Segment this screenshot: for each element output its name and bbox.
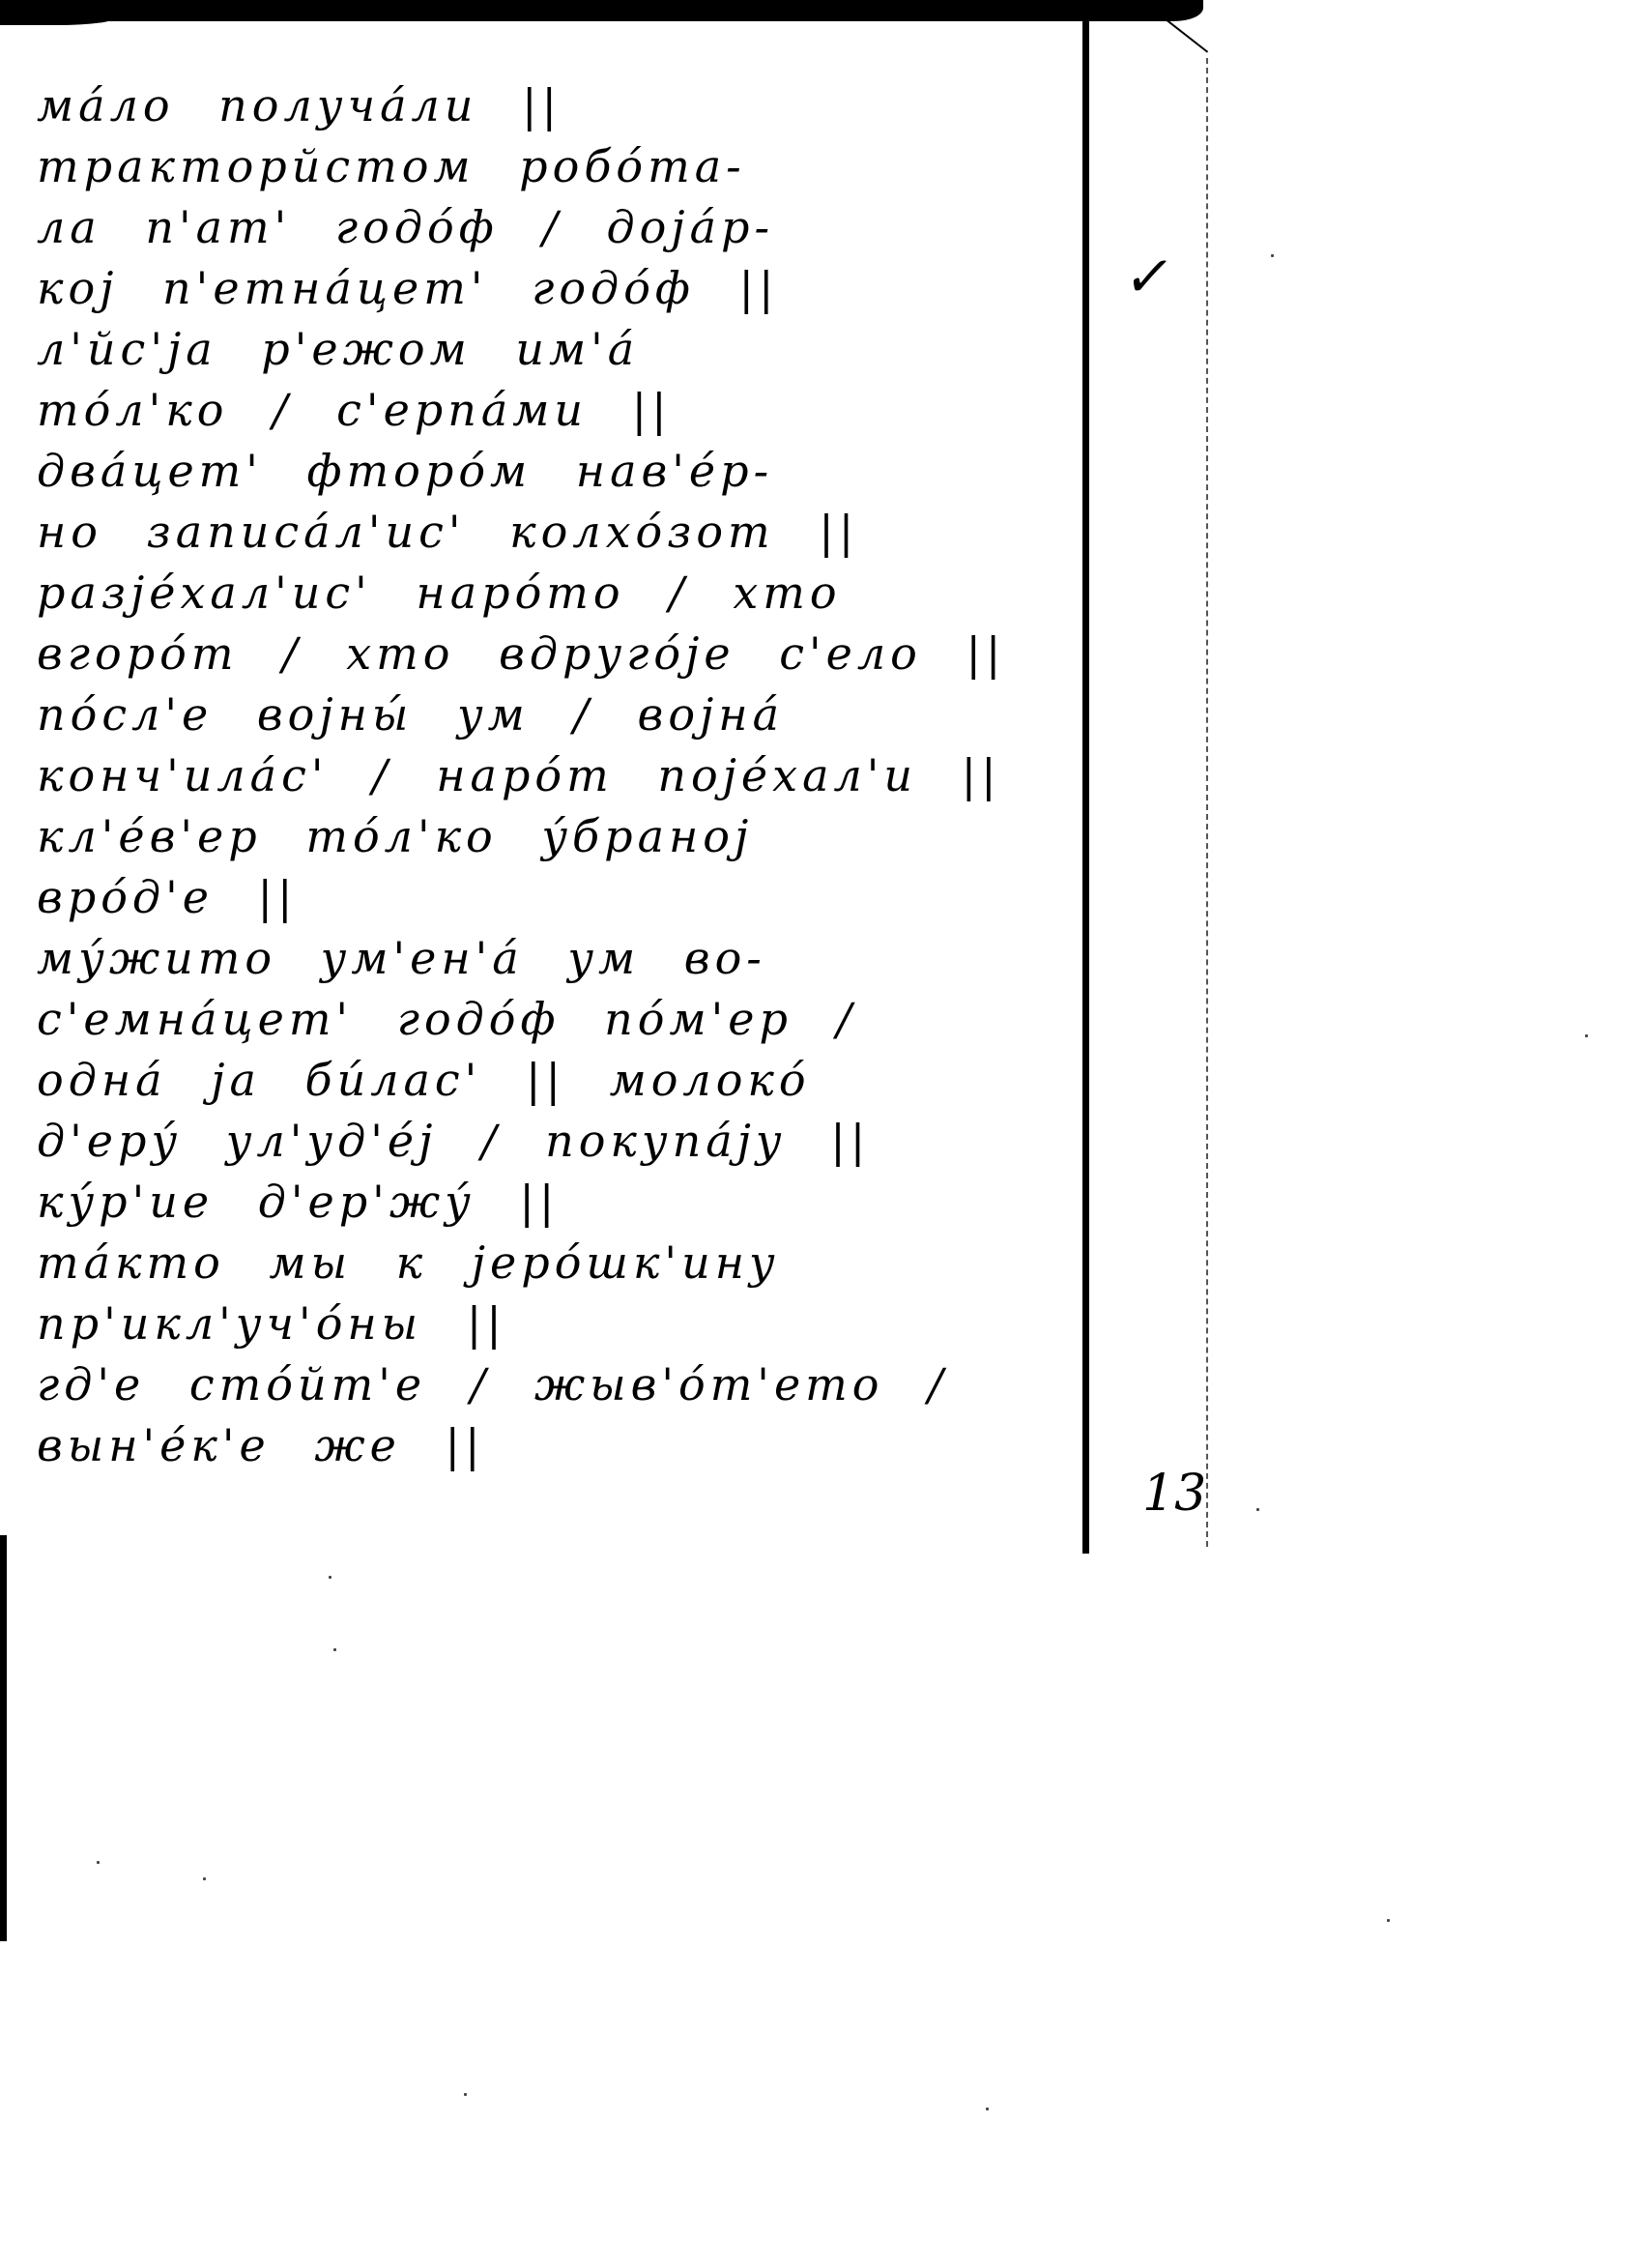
text-line: тракторйстом робо́та-: [37, 136, 1090, 197]
text-line: два́цет' фторо́м нав'е́р-: [37, 441, 1090, 502]
text-line: с'емна́цет' годо́ф по́м'ер /: [37, 989, 1090, 1050]
text-line: вгоро́т / хто вдруго́је с'ело ||: [37, 624, 1090, 684]
text-line: вын'е́к'е же ||: [37, 1415, 1090, 1476]
handwritten-text: ма́ло получа́ли || тракторйстом робо́та-…: [37, 75, 1090, 1476]
text-line: л'йс'ја р'ежом им'а́: [37, 319, 1090, 380]
scan-speck: [1271, 254, 1274, 257]
text-line: д'еру́ ул'уд'е́ј / покупа́ју ||: [37, 1111, 1090, 1172]
scan-speck: [986, 2108, 989, 2110]
scan-speck: [464, 2093, 467, 2096]
text-line: гд'е сто́йт'е / жыв'о́т'ето /: [37, 1354, 1090, 1415]
scan-speck: [1585, 1034, 1588, 1037]
left-edge-shadow: [0, 1535, 7, 1941]
text-line: му́жито ум'ен'а́ ум во-: [37, 928, 1090, 989]
text-line: ла п'ат' годо́ф / доја́р-: [37, 197, 1090, 258]
scan-speck: [1387, 1919, 1390, 1922]
text-line: пр'икл'уч'о́ны ||: [37, 1294, 1090, 1354]
top-edge-shadow: [0, 0, 1203, 21]
text-line: ку́р'ие д'ер'жу́ ||: [37, 1172, 1090, 1233]
page-number: 13: [1142, 1465, 1206, 1523]
scan-speck: [1256, 1508, 1259, 1511]
scan-speck: [329, 1576, 331, 1579]
text-line: кл'е́в'ер то́л'ко у́браној: [37, 806, 1090, 867]
text-line: одна́ ја би́лас' || молоко́: [37, 1050, 1090, 1111]
text-line: конч'ила́с' / наро́т поје́хал'и ||: [37, 745, 1090, 806]
scanned-page: ма́ло получа́ли || тракторйстом робо́та-…: [0, 0, 1643, 2268]
text-line: кој п'етна́цет' годо́ф ||: [37, 258, 1090, 319]
scan-speck: [203, 1877, 206, 1880]
text-line: разје́хал'ис' наро́то / хто: [37, 563, 1090, 624]
text-line: вро́д'е ||: [37, 867, 1090, 928]
text-line: то́л'ко / с'ерпа́ми ||: [37, 380, 1090, 441]
scan-speck: [97, 1861, 100, 1864]
checkmark-icon: ✓: [1120, 244, 1179, 309]
text-line: по́сл'е војны́ ум / војна́: [37, 684, 1090, 745]
text-line: но записа́л'ис' колхо́зот ||: [37, 502, 1090, 563]
text-line: ма́ло получа́ли ||: [37, 75, 1090, 136]
page-edge-line: [1206, 58, 1208, 1547]
scan-speck: [333, 1648, 336, 1651]
text-line: та́кто мы к јеро́шк'ину: [37, 1233, 1090, 1294]
top-edge-shadow-thick: [0, 17, 116, 25]
